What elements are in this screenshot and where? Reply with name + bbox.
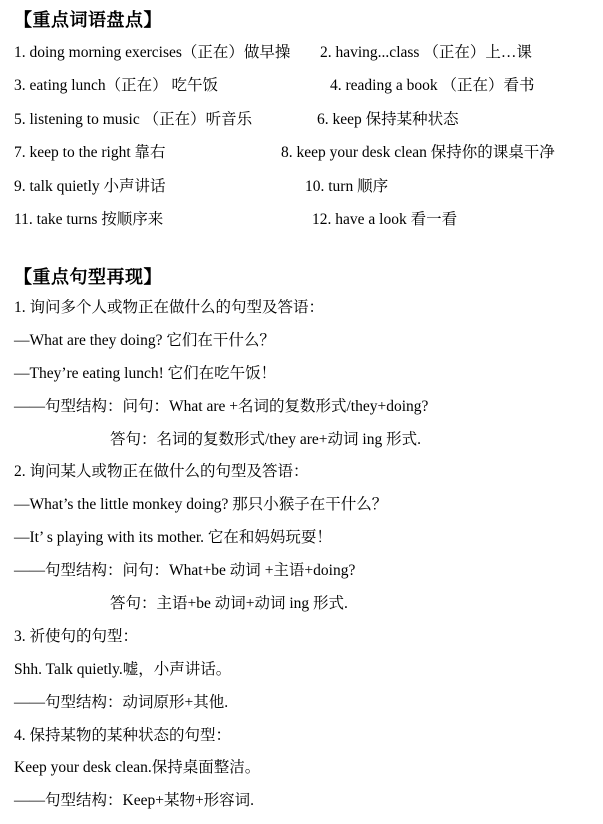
- vocab-item-8: 8. keep your desk clean 保持你的课桌干净: [281, 136, 555, 169]
- pattern-line-structure: ——句型结构：动词原形+其他.: [14, 687, 603, 720]
- vocab-row: 5. listening to music （正在）听音乐 6. keep 保持…: [14, 103, 603, 136]
- pattern-line-question: —What’s the little monkey doing? 那只小猴子在干…: [14, 489, 603, 522]
- pattern-line-heading-1: 1. 询问多个人或物正在做什么的句型及答语：: [14, 292, 603, 325]
- vocab-row: 3. eating lunch（正在） 吃午饭 4. reading a boo…: [14, 69, 603, 102]
- vocab-item-4: 4. reading a book （正在）看书: [330, 69, 534, 102]
- pattern-line-answer: —They’re eating lunch! 它们在吃午饭！: [14, 358, 603, 391]
- vocab-list: 1. doing morning exercises（正在）做早操 2. hav…: [14, 36, 603, 236]
- pattern-line-structure-answer: 答句：主语+be 动词+动词 ing 形式.: [14, 588, 603, 621]
- pattern-line-example: Shh. Talk quietly.嘘，小声讲话。: [14, 654, 603, 687]
- vocab-item-5: 5. listening to music （正在）听音乐: [14, 111, 252, 128]
- vocab-row: 11. take turns 按顺序来 12. have a look 看一看: [14, 203, 603, 236]
- vocab-item-11: 11. take turns 按顺序来: [14, 211, 163, 228]
- pattern-line-heading-2: 2. 询问某人或物正在做什么的句型及答语：: [14, 456, 603, 489]
- vocab-row: 9. talk quietly 小声讲话 10. turn 顺序: [14, 170, 603, 203]
- vocab-item-1: 1. doing morning exercises（正在）做早操: [14, 44, 290, 61]
- sentence-patterns: 1. 询问多个人或物正在做什么的句型及答语： —What are they do…: [14, 292, 603, 818]
- pattern-line-structure: ——句型结构：问句：What+be 动词 +主语+doing?: [14, 555, 603, 588]
- vocab-item-9: 9. talk quietly 小声讲话: [14, 178, 166, 195]
- vocab-item-12: 12. have a look 看一看: [312, 203, 457, 236]
- section1-title: 【重点词语盘点】: [14, 6, 162, 32]
- vocab-item-6: 6. keep 保持某种状态: [317, 103, 459, 136]
- pattern-line-structure: ——句型结构：问句：What are +名词的复数形式/they+doing?: [14, 391, 603, 424]
- vocab-item-10: 10. turn 顺序: [305, 170, 388, 203]
- pattern-line-answer: —It’ s playing with its mother. 它在和妈妈玩耍！: [14, 522, 603, 555]
- pattern-line-example: Keep your desk clean.保持桌面整洁。: [14, 752, 603, 785]
- vocab-item-3: 3. eating lunch（正在） 吃午饭: [14, 77, 218, 94]
- vocab-row: 7. keep to the right 靠右 8. keep your des…: [14, 136, 603, 169]
- vocab-item-2: 2. having...class （正在）上…课: [320, 36, 532, 69]
- pattern-line-structure-answer: 答句：名词的复数形式/they are+动词 ing 形式.: [14, 424, 603, 457]
- vocab-item-7: 7. keep to the right 靠右: [14, 144, 166, 161]
- document-page: 【重点词语盘点】 1. doing morning exercises（正在）做…: [0, 0, 603, 824]
- pattern-line-structure: ——句型结构：Keep+某物+形容词.: [14, 785, 603, 818]
- pattern-line-heading-4: 4. 保持某物的某种状态的句型：: [14, 720, 603, 753]
- section2-title: 【重点句型再现】: [14, 263, 162, 289]
- vocab-row: 1. doing morning exercises（正在）做早操 2. hav…: [14, 36, 603, 69]
- pattern-line-heading-3: 3. 祈使句的句型：: [14, 621, 603, 654]
- pattern-line-question: —What are they doing? 它们在干什么？: [14, 325, 603, 358]
